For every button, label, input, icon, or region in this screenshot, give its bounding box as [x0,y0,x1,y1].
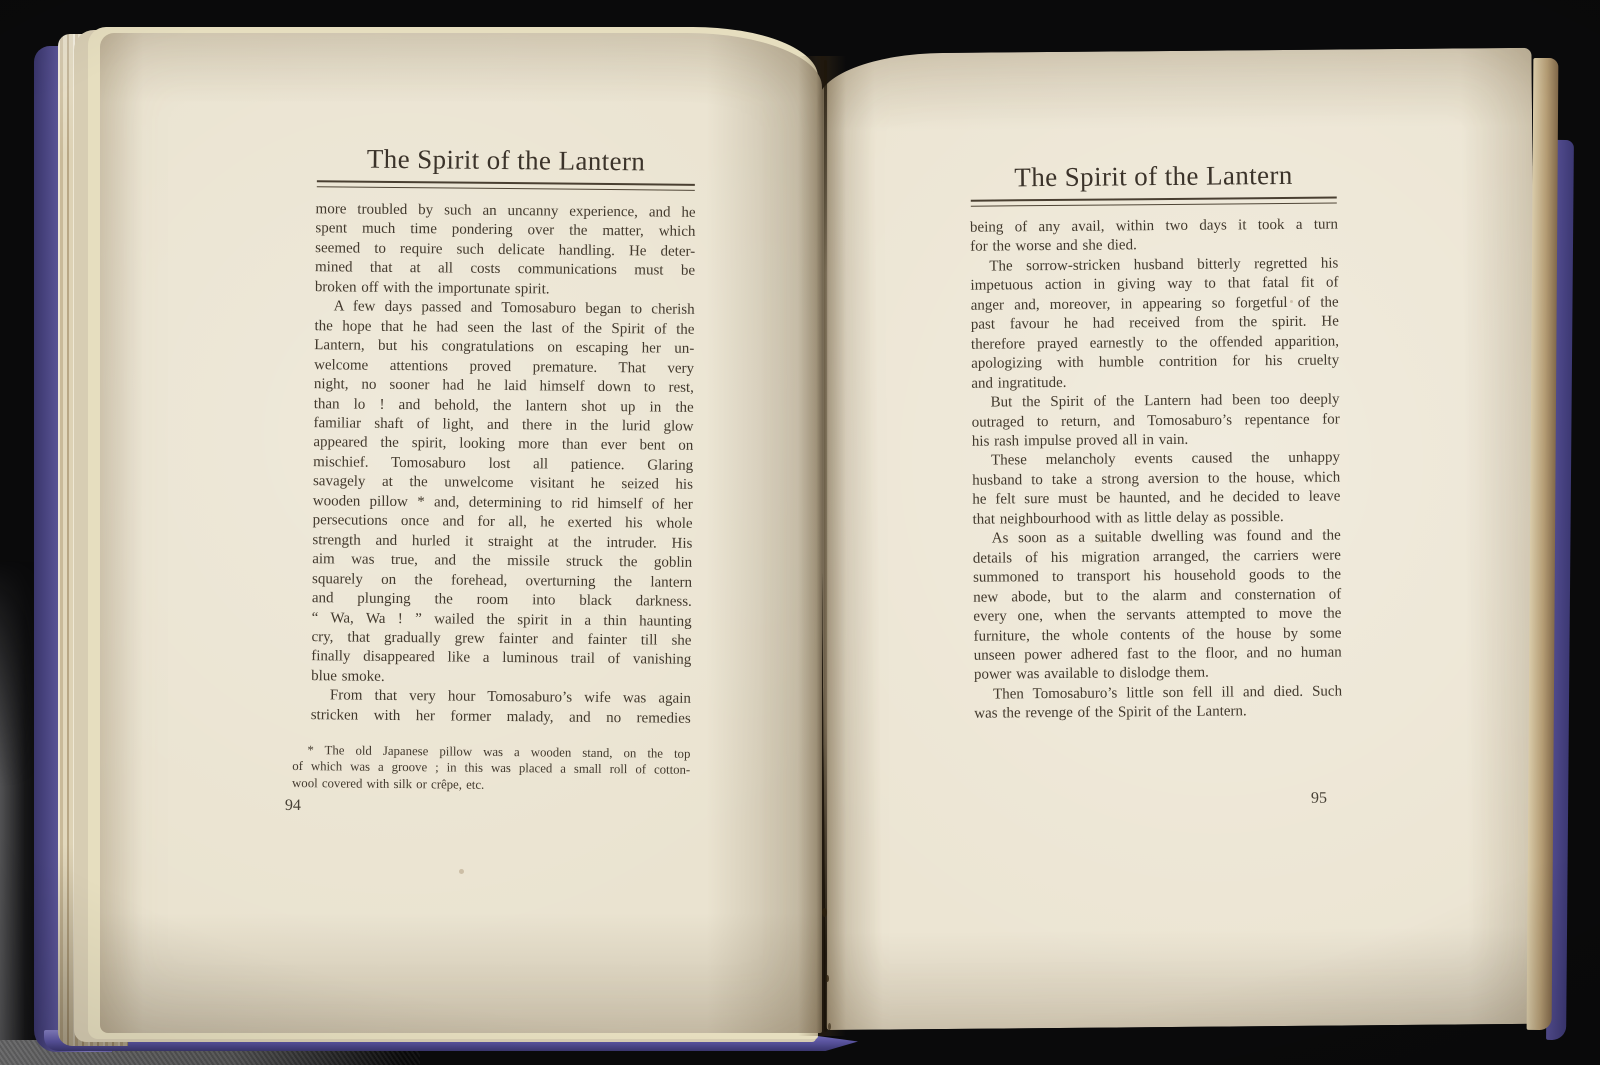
foxing-specks [640,330,643,333]
text-line: outraged to return, and Tomosaburo’s rep… [972,410,1340,433]
right-page-number: 95 [975,789,1343,810]
left-page-header: The Spirit of the Lantern [316,143,696,178]
left-title-rule [317,180,695,191]
book-photograph: The Spirit of the Lantern more troubled … [0,0,1600,1065]
text-line: unseen power adhered fast to the floor, … [974,643,1342,666]
right-page-header: The Spirit of the Lantern [969,160,1337,194]
gutter-stitch-marks [822,908,827,917]
text-line: summoned to transport his household good… [973,566,1341,589]
right-page: The Spirit of the Lantern being of any a… [817,48,1539,1030]
left-page: The Spirit of the Lantern more troubled … [100,33,822,1033]
text-line: was the revenge of the Spirit of the Lan… [974,702,1342,725]
text-line: But the Spirit of the Lantern had been t… [971,391,1339,414]
left-page-text: The Spirit of the Lantern more troubled … [310,143,696,818]
left-page-footnote: * The old Japanese pillow was a wooden s… [292,742,690,794]
left-page-number: 94 [285,797,690,819]
left-page-body: more troubled by such an uncanny experie… [311,200,696,729]
text-line: every one, when the servants attempted t… [973,605,1341,628]
right-page-text: The Spirit of the Lantern being of any a… [969,160,1343,811]
right-page-body: being of any avail, within two days it t… [970,216,1342,725]
text-line: being of any avail, within two days it t… [970,216,1338,239]
right-title-rule [971,197,1337,207]
text-line: stricken with her former malady, and no … [311,706,691,729]
text-line: he felt sure must be haunted, and he dec… [972,488,1340,511]
text-line: Then Tomosaburo’s little son fell ill an… [974,682,1342,705]
text-line: apologizing with humble contrition for h… [971,352,1339,375]
